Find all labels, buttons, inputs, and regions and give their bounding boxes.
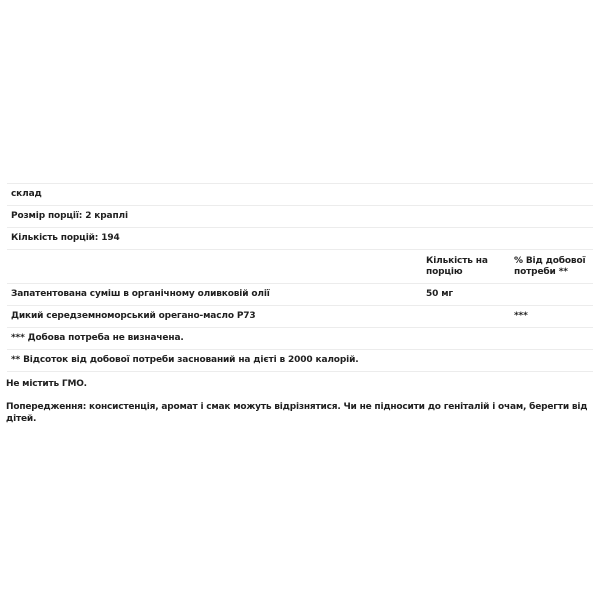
title-row: склад <box>7 184 593 206</box>
supplement-facts-table: склад Розмір порції: 2 краплі Кількість … <box>7 183 593 372</box>
ingredient-name: Дикий середземноморський орегано-масло Р… <box>7 306 422 328</box>
ingredient-daily-value <box>510 284 593 306</box>
footnote-row: ** Відсоток від добової потреби заснован… <box>7 350 593 372</box>
footnote-daily-value-not-established: *** Добова потреба не визначена. <box>7 328 593 350</box>
column-header-daily-value: % Від добової потреби ** <box>510 250 593 284</box>
facts-title: склад <box>7 184 593 206</box>
column-header-amount: Кількість на порцію <box>422 250 510 284</box>
product-notes: Не містить ГМО. Попередження: консистенц… <box>6 378 596 436</box>
table-row: Дикий середземноморський орегано-масло Р… <box>7 306 593 328</box>
table-row: Запатентована суміш в органічному оливко… <box>7 284 593 306</box>
servings-per-container: Кількість порцій: 194 <box>7 228 593 250</box>
table-header-row: Кількість на порцію % Від добової потреб… <box>7 250 593 284</box>
footnote-row: *** Добова потреба не визначена. <box>7 328 593 350</box>
ingredient-name: Запатентована суміш в органічному оливко… <box>7 284 422 306</box>
footnote-percent-daily-value: ** Відсоток від добової потреби заснован… <box>7 350 593 372</box>
column-header-ingredient <box>7 250 422 284</box>
ingredient-amount <box>422 306 510 328</box>
serving-size: Розмір порції: 2 краплі <box>7 206 593 228</box>
servings-per-container-row: Кількість порцій: 194 <box>7 228 593 250</box>
gmo-statement: Не містить ГМО. <box>6 378 596 390</box>
serving-size-row: Розмір порції: 2 краплі <box>7 206 593 228</box>
warning-statement: Попередження: консистенція, аромат і сма… <box>6 401 596 425</box>
ingredient-amount: 50 мг <box>422 284 510 306</box>
supplement-facts: склад Розмір порції: 2 краплі Кількість … <box>7 183 593 372</box>
ingredient-daily-value: *** <box>510 306 593 328</box>
